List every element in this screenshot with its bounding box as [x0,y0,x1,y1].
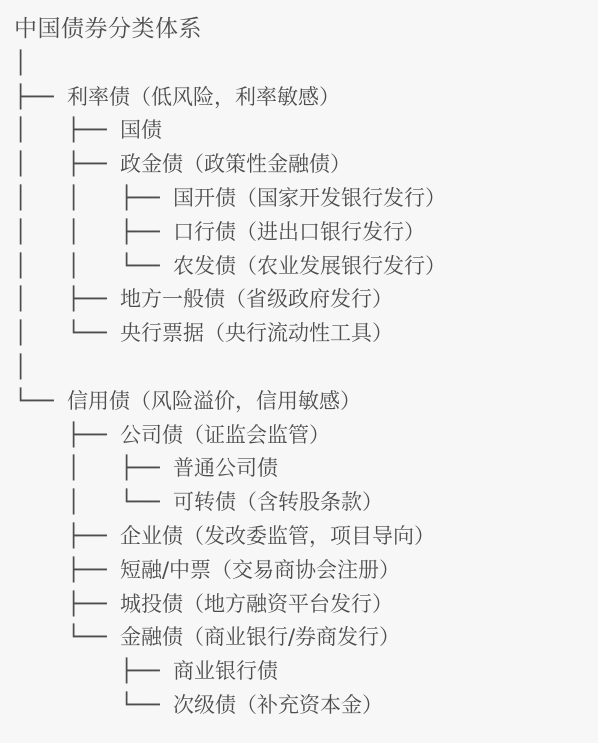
tree-connector: │ │ ├── [14,220,173,245]
tree-node-label: 利率债（低风险，利率敏感） [67,85,340,109]
tree-line: └── 金融债（商业银行/券商发行） [14,621,598,655]
tree-connector: ├── [14,85,67,110]
tree-node-label: 信用债（风险溢价，信用敏感） [67,389,361,413]
tree-connector: │ │ └── [14,254,173,279]
tree-connector: │ └── [14,321,120,346]
tree-line: └── 次级债（补充资本金） [14,689,598,723]
tree-line: ├── 商业银行债 [14,655,598,689]
tree-line: ├── 城投债（地方融资平台发行） [14,588,598,622]
tree-node-label: 央行票据（央行流动性工具） [120,321,393,345]
tree-line: │ └── 央行票据（央行流动性工具） [14,317,598,351]
tree-node-label: 地方一般债（省级政府发行） [120,287,393,311]
bond-classification-page: 中国债券分类体系 │├── 利率债（低风险，利率敏感）│ ├── 国债│ ├──… [0,0,598,743]
tree-connector: │ ├── [14,287,120,312]
tree-connector: ├── [14,558,120,583]
tree-node-label: 企业债（发改委监管，项目导向） [120,524,435,548]
tree-line: │ └── 可转债（含转股条款） [14,486,598,520]
tree-connector: │ [14,355,27,380]
tree-node-label: 国债 [120,118,162,142]
tree-node-label: 次级债（补充资本金） [173,693,383,717]
tree-connector: ├── [14,524,120,549]
tree-connector: │ └── [14,490,173,515]
tree-node-label: 公司债（证监会监管） [120,423,330,447]
tree-node-label: 可转债（含转股条款） [173,490,383,514]
tree-line: │ ├── 普通公司债 [14,452,598,486]
tree-connector: │ ├── [14,152,120,177]
tree-connector: │ ├── [14,118,120,143]
bond-classification-tree: │├── 利率债（低风险，利率敏感）│ ├── 国债│ ├── 政金债（政策性金… [14,47,598,723]
tree-line: │ │ ├── 口行债（进出口银行发行） [14,216,598,250]
tree-node-label: 短融/中票（交易商协会注册） [120,558,400,582]
tree-node-label: 城投债（地方融资平台发行） [120,592,393,616]
tree-connector: ├── [14,659,173,684]
tree-line: └── 信用债（风险溢价，信用敏感） [14,385,598,419]
tree-line: │ ├── 政金债（政策性金融债） [14,148,598,182]
tree-line: ├── 短融/中票（交易商协会注册） [14,554,598,588]
tree-connector: │ ├── [14,456,173,481]
page-title: 中国债券分类体系 [14,13,598,47]
tree-node-label: 国开债（国家开发银行发行） [173,186,446,210]
tree-node-label: 农发债（农业发展银行发行） [173,254,446,278]
tree-line: ├── 企业债（发改委监管，项目导向） [14,520,598,554]
tree-connector: └── [14,625,120,650]
tree-connector: ├── [14,423,120,448]
tree-line: │ ├── 地方一般债（省级政府发行） [14,283,598,317]
tree-connector: │ [14,51,27,76]
tree-node-label: 普通公司债 [173,456,278,480]
tree-line: │ │ └── 农发债（农业发展银行发行） [14,250,598,284]
tree-line: │ │ ├── 国开债（国家开发银行发行） [14,182,598,216]
tree-line: │ [14,351,598,385]
tree-line: ├── 公司债（证监会监管） [14,419,598,453]
tree-connector: └── [14,389,67,414]
tree-connector: ├── [14,592,120,617]
tree-node-label: 口行债（进出口银行发行） [173,220,425,244]
tree-node-label: 金融债（商业银行/券商发行） [120,625,400,649]
tree-connector: │ │ ├── [14,186,173,211]
tree-node-label: 商业银行债 [173,659,278,683]
tree-line: │ ├── 国债 [14,114,598,148]
tree-connector: └── [14,693,173,718]
tree-line: │ [14,47,598,81]
tree-line: ├── 利率债（低风险，利率敏感） [14,81,598,115]
tree-node-label: 政金债（政策性金融债） [120,152,351,176]
